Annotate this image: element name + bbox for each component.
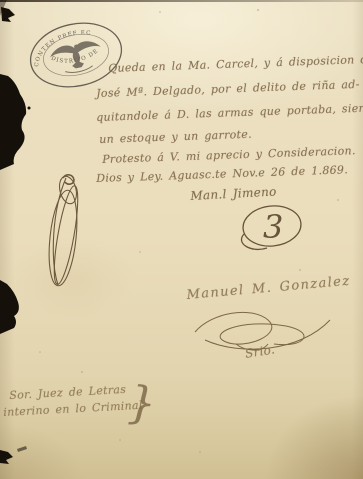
ink-blot-middle xyxy=(0,280,19,334)
ink-blot-bottom xyxy=(0,450,13,464)
pencil-dash xyxy=(17,446,27,452)
ink-blot-top xyxy=(1,7,15,22)
scanned-document: CONTEN PREF EC DISTRITO DE xyxy=(0,0,363,479)
ink-blot-speck xyxy=(28,107,31,110)
addressee-brace: } xyxy=(127,381,157,426)
ink-blot-large xyxy=(0,74,26,170)
signature-rubric: 3 xyxy=(241,203,303,249)
rubric-glyph: 3 xyxy=(263,208,283,246)
official-stamp: CONTEN PREF EC DISTRITO DE xyxy=(25,15,128,95)
flourish-doodle xyxy=(45,174,83,287)
